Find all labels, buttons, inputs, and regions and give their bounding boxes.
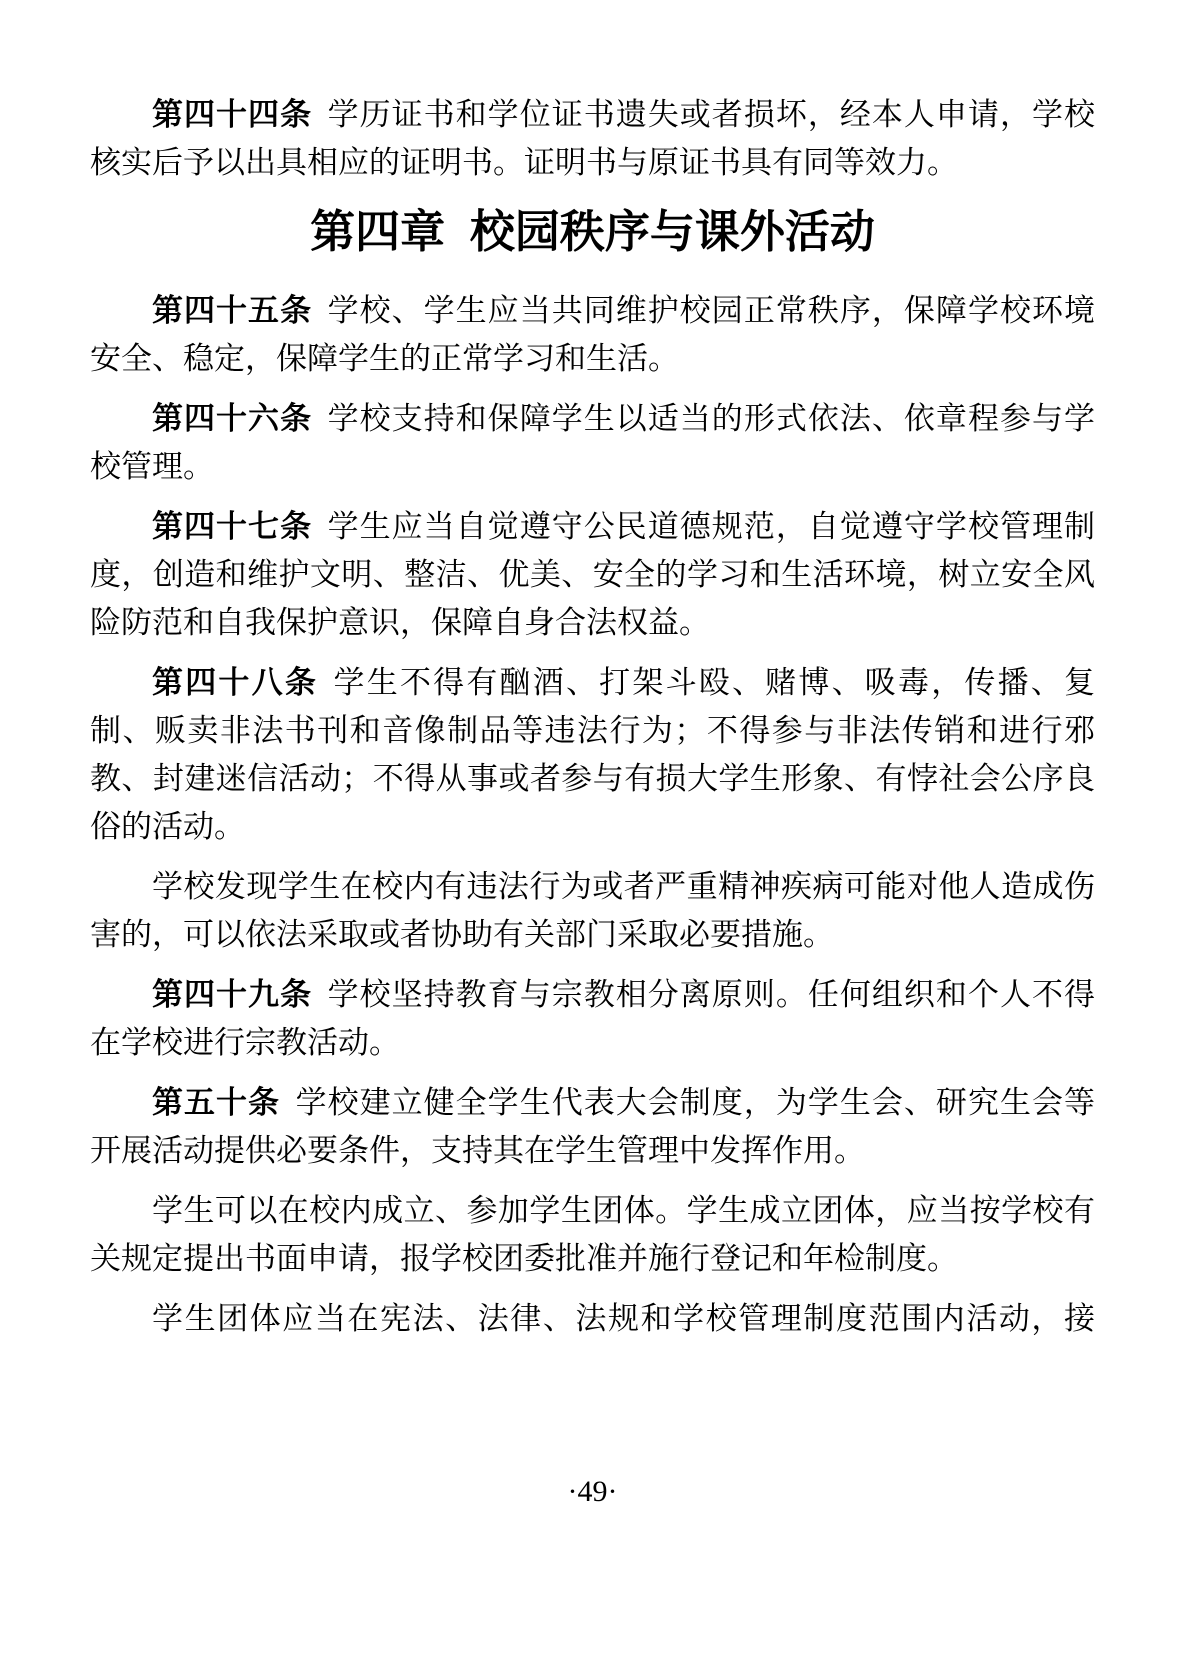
article-paragraph-46: 第四十六条学校支持和保障学生以适当的形式依法、依章程参与学校管理。 [90, 395, 1095, 491]
article-paragraph-44: 第四十四条学历证书和学位证书遗失或者损坏，经本人申请，学校核实后予以出具相应的证… [90, 91, 1095, 187]
article-paragraph-48: 第四十八条学生不得有酗酒、打架斗殴、赌博、吸毒，传播、复制、贩卖非法书刊和音像制… [90, 659, 1095, 851]
article-paragraph-49: 第四十九条学校坚持教育与宗教相分离原则。任何组织和个人不得在学校进行宗教活动。 [90, 971, 1095, 1067]
article-paragraph-50: 第五十条学校建立健全学生代表大会制度，为学生会、研究生会等开展活动提供必要条件，… [90, 1079, 1095, 1175]
article-number: 第四十四条 [152, 97, 312, 132]
article-number: 第四十八条 [152, 665, 318, 700]
paragraph-text: 学生团体应当在宪法、法律、法规和学校管理制度范围内活动，接 [152, 1301, 1095, 1336]
continuation-paragraph: 学生团体应当在宪法、法律、法规和学校管理制度范围内活动，接 [90, 1295, 1095, 1343]
article-number: 第四十五条 [152, 293, 312, 328]
article-paragraph-47: 第四十七条学生应当自觉遵守公民道德规范，自觉遵守学校管理制度，创造和维护文明、整… [90, 503, 1095, 647]
continuation-paragraph: 学校发现学生在校内有违法行为或者严重精神疾病可能对他人造成伤害的，可以依法采取或… [90, 863, 1095, 959]
article-paragraph-45: 第四十五条学校、学生应当共同维护校园正常秩序，保障学校环境安全、稳定，保障学生的… [90, 287, 1095, 383]
paragraph-text: 学校发现学生在校内有违法行为或者严重精神疾病可能对他人造成伤害的，可以依法采取或… [90, 869, 1095, 952]
chapter-number: 第四章 [310, 207, 445, 257]
paragraph-text: 学生可以在校内成立、参加学生团体。学生成立团体，应当按学校有关规定提出书面申请，… [90, 1193, 1095, 1276]
page-number: ·49· [90, 1468, 1095, 1516]
chapter-heading: 第四章校园秩序与课外活动 [90, 199, 1095, 265]
continuation-paragraph: 学生可以在校内成立、参加学生团体。学生成立团体，应当按学校有关规定提出书面申请，… [90, 1187, 1095, 1283]
document-page: 第四十四条学历证书和学位证书遗失或者损坏，经本人申请，学校核实后予以出具相应的证… [0, 0, 1190, 1670]
article-number: 第四十九条 [152, 977, 312, 1012]
article-number: 第四十六条 [152, 401, 312, 436]
article-number: 第四十七条 [152, 509, 312, 544]
chapter-title: 校园秩序与课外活动 [470, 207, 875, 257]
article-number: 第五十条 [152, 1085, 280, 1120]
